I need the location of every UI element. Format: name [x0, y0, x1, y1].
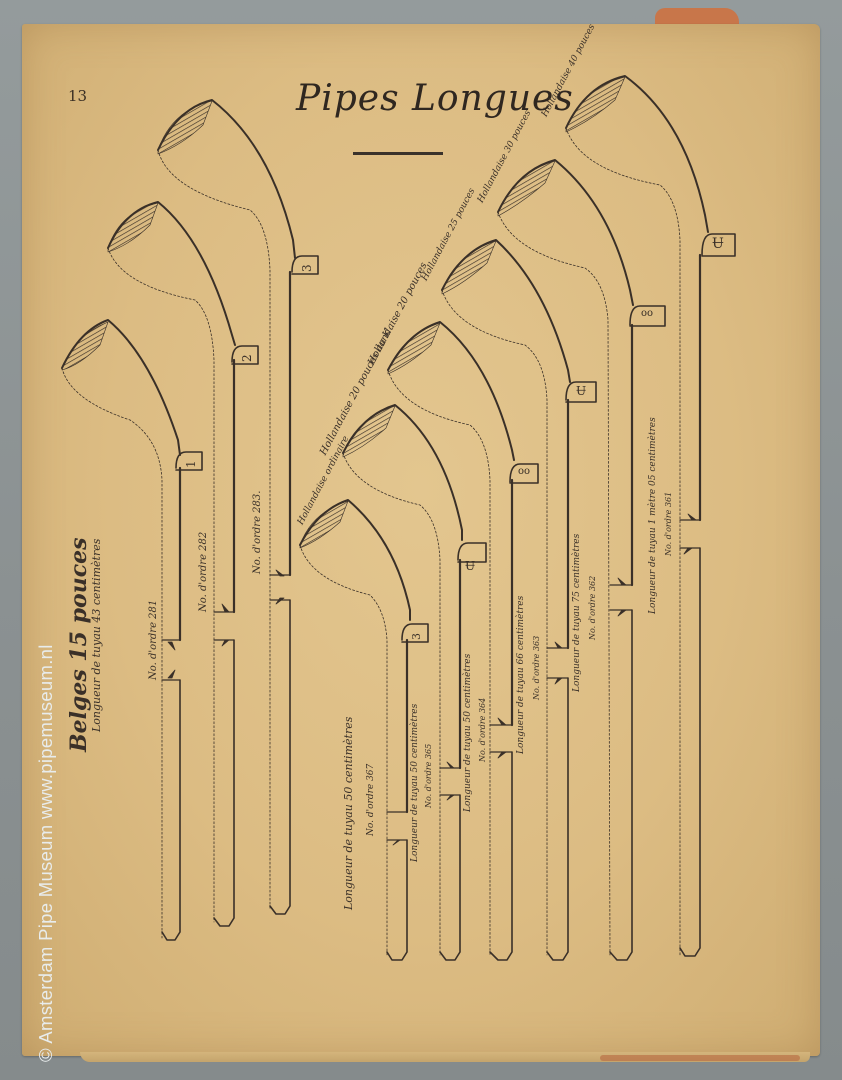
order-363: No. d'ordre 363 [532, 636, 541, 700]
length-365: Longueur de tuyau 50 centimètres [410, 704, 420, 862]
order-365: No. d'ordre 365 [424, 744, 433, 808]
badge-20: oo [518, 466, 530, 477]
length-362: Longueur de tuyau 75 centimètres [572, 534, 582, 692]
badge-25: Ʉ [576, 384, 586, 398]
order-364: No. d'ordre 364 [478, 698, 487, 762]
page-number: 13 [68, 87, 87, 105]
belges-length: Longueur de tuyau 43 centimètres [90, 539, 103, 732]
pipe-hollandaise-30 [498, 160, 633, 960]
order-367: No. d'ordre 367 [366, 764, 376, 836]
order-361: No. d'ordre 361 [664, 492, 673, 556]
badge-3: 3 [300, 264, 314, 272]
title-underline [353, 152, 443, 155]
length-367: Longueur de tuyau 50 centimètres [342, 717, 355, 910]
badge-1: 1 [184, 460, 198, 468]
copyright-watermark: © Amsterdam Pipe Museum www.pipemuseum.n… [35, 644, 57, 1062]
length-364: Longueur de tuyau 50 centimètres [463, 654, 473, 812]
pipe-hollandaise-20-k [343, 405, 462, 960]
pipe-hollandaise-40 [566, 76, 708, 956]
badge-40: Ʉ [712, 236, 724, 252]
badge-ordinaire: 3 [410, 633, 423, 640]
pipe-hollandaise-ordinaire [300, 500, 410, 960]
pipe-belges-2 [108, 202, 235, 926]
belges-order-282: No. d'ordre 282 [198, 532, 209, 612]
pipe-drawings [0, 0, 842, 1080]
pipe-hollandaise-25 [442, 240, 570, 960]
badge-20k: Ʉ [465, 559, 475, 573]
belges-order-281: No. d'ordre 281 [148, 600, 159, 680]
length-361: Longueur de tuyau 1 mètre 05 centimètres [648, 417, 658, 614]
belges-order-283: No. d'ordre 283. [252, 491, 263, 574]
length-363: Longueur de tuyau 66 centimètres [516, 596, 526, 754]
belges-heading: Belges 15 pouces [66, 538, 92, 752]
badge-30: oo [641, 308, 653, 319]
order-362: No. d'ordre 362 [588, 576, 597, 640]
badge-2: 2 [240, 354, 254, 362]
